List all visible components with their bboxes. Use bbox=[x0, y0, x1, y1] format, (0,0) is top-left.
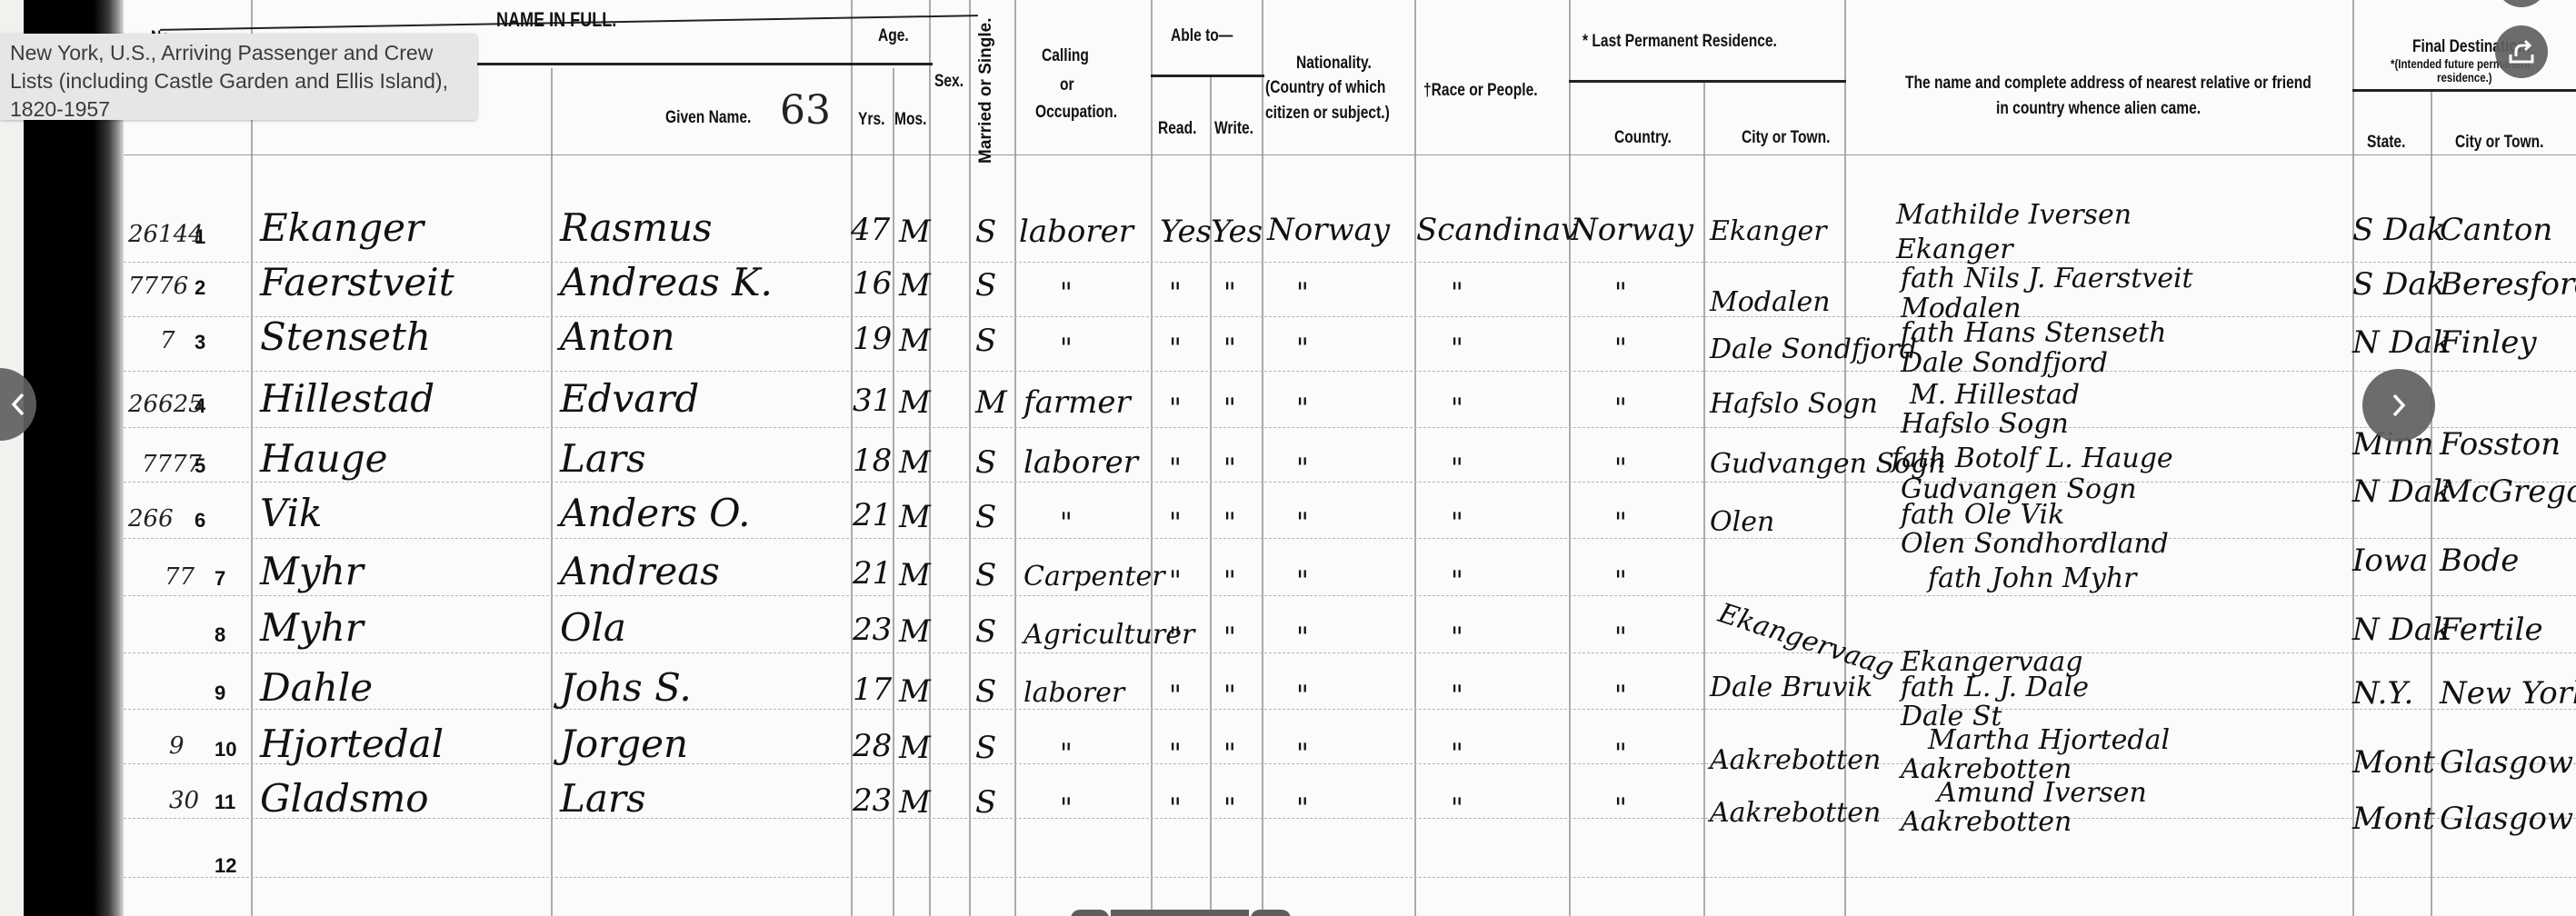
margin-note: 266 bbox=[128, 505, 174, 533]
marital-status: S bbox=[975, 732, 996, 763]
relative-address: Olen Sondhordland bbox=[1901, 531, 2169, 558]
row-line bbox=[124, 371, 2576, 372]
nationality: " bbox=[1296, 565, 1309, 597]
dest-city: Bode bbox=[2440, 545, 2519, 576]
header-or: or bbox=[1060, 75, 1074, 96]
row-line bbox=[124, 818, 2576, 819]
write: " bbox=[1223, 393, 1236, 424]
row-number: 4 bbox=[195, 394, 205, 418]
write: " bbox=[1223, 622, 1236, 653]
occupation: laborer bbox=[1023, 680, 1124, 707]
given-name: Anton bbox=[560, 318, 675, 356]
dest-city: Fosston bbox=[2440, 429, 2561, 460]
dest-city: McGregor bbox=[2440, 476, 2576, 507]
write: " bbox=[1223, 453, 1236, 484]
nationality: " bbox=[1296, 393, 1309, 424]
marital-status: S bbox=[975, 616, 996, 647]
city: Aakrebotten bbox=[1710, 800, 1881, 827]
dest-state: Iowa bbox=[2352, 545, 2428, 576]
country: " bbox=[1614, 680, 1627, 712]
margin-note: 30 bbox=[169, 787, 199, 814]
surname: Myhr bbox=[260, 553, 364, 591]
occupation: farmer bbox=[1023, 387, 1131, 418]
microfilm-edge bbox=[24, 0, 124, 916]
row-number: 2 bbox=[195, 276, 205, 300]
header-relative-1: The name and complete address of nearest… bbox=[1905, 73, 2311, 95]
write: " bbox=[1223, 565, 1236, 597]
row-number: 7 bbox=[215, 567, 225, 591]
header-able-to: Able to— bbox=[1171, 25, 1233, 47]
nationality: " bbox=[1296, 622, 1309, 653]
read: " bbox=[1169, 277, 1182, 309]
header-age: Age. bbox=[878, 25, 909, 47]
sex: M bbox=[899, 447, 931, 478]
dest-city: Glasgow bbox=[2440, 803, 2573, 834]
header-state: State. bbox=[2367, 132, 2405, 154]
race: " bbox=[1451, 565, 1463, 597]
dest-state: N Dak bbox=[2352, 614, 2451, 645]
header-occupation: Occupation. bbox=[1035, 102, 1117, 124]
header-final-dest-sub2: residence.) bbox=[2437, 70, 2492, 86]
col-divider bbox=[1210, 76, 1212, 916]
sex: M bbox=[899, 787, 931, 818]
given-name: Lars bbox=[560, 440, 646, 478]
sex: M bbox=[899, 216, 931, 247]
surname: Stenseth bbox=[260, 318, 431, 356]
age: 47 bbox=[851, 214, 890, 245]
given-name: Jorgen bbox=[560, 725, 688, 763]
age: 31 bbox=[853, 385, 892, 416]
given-name: Edvard bbox=[560, 380, 699, 418]
given-name: Andreas bbox=[560, 553, 720, 591]
dest-city: Beresford bbox=[2440, 269, 2576, 300]
occupation: Carpenter bbox=[1023, 563, 1165, 591]
occupation: " bbox=[1060, 277, 1073, 309]
header-write: Write. bbox=[1214, 118, 1253, 140]
margin-note: 26625 bbox=[128, 391, 204, 418]
margin-note: 9 bbox=[169, 732, 185, 760]
nationality: " bbox=[1296, 792, 1309, 824]
next-image-button[interactable] bbox=[2362, 369, 2435, 442]
nationality: " bbox=[1296, 333, 1309, 364]
header-rule bbox=[124, 154, 2576, 155]
occupation: " bbox=[1060, 333, 1073, 364]
col-divider bbox=[1569, 0, 1571, 916]
age: 28 bbox=[853, 731, 892, 762]
write: " bbox=[1223, 792, 1236, 824]
country: " bbox=[1614, 333, 1627, 364]
header-read: Read. bbox=[1158, 118, 1196, 140]
given-name: Andreas K. bbox=[560, 264, 773, 302]
sex: M bbox=[899, 676, 931, 707]
write: " bbox=[1223, 507, 1236, 539]
nationality: " bbox=[1296, 680, 1309, 712]
age: 17 bbox=[853, 674, 892, 705]
share-button[interactable] bbox=[2495, 25, 2548, 78]
marital-status: S bbox=[975, 216, 996, 247]
marital-status: S bbox=[975, 676, 996, 707]
margin-note: 7777 bbox=[142, 451, 202, 478]
row-line bbox=[124, 427, 2576, 428]
sex: M bbox=[899, 270, 931, 301]
occupation: laborer bbox=[1019, 216, 1133, 247]
header-rule bbox=[1569, 80, 1846, 83]
header-nationality: Nationality. bbox=[1296, 53, 1372, 75]
dest-state: S Dak bbox=[2352, 214, 2445, 245]
marital-status: S bbox=[975, 560, 996, 591]
row-line bbox=[124, 538, 2576, 539]
dest-state: Mont bbox=[2352, 803, 2435, 834]
marital-status: S bbox=[975, 502, 996, 533]
relative-name: fath Hans Stenseth bbox=[1901, 320, 2166, 347]
col-divider bbox=[1151, 0, 1153, 916]
margin-note: 77 bbox=[165, 563, 195, 591]
age: 23 bbox=[853, 614, 892, 645]
margin-note: 26144 bbox=[128, 221, 204, 248]
read: " bbox=[1169, 393, 1182, 424]
col-divider bbox=[1703, 82, 1705, 916]
nationality: " bbox=[1296, 507, 1309, 539]
read: " bbox=[1169, 680, 1182, 712]
race: " bbox=[1451, 277, 1463, 309]
col-divider bbox=[1414, 0, 1416, 916]
occupation: laborer bbox=[1023, 447, 1138, 478]
race: " bbox=[1451, 333, 1463, 364]
city: Dale Sondfjord bbox=[1710, 336, 1917, 363]
relative-address: Aakrebotten bbox=[1901, 809, 2072, 836]
marital-status: S bbox=[975, 787, 996, 818]
city: Hafslo Sogn bbox=[1710, 391, 1878, 418]
header-relative-2: in country whence alien came. bbox=[1996, 98, 2201, 120]
header-yrs: Yrs. bbox=[858, 109, 884, 131]
relative-address: Hafslo Sogn bbox=[1901, 411, 2069, 438]
age: 18 bbox=[853, 445, 892, 476]
relative-address: Ekanger bbox=[1896, 236, 2013, 264]
surname: Dahle bbox=[260, 669, 373, 707]
marital-status: M bbox=[975, 387, 1007, 418]
relative-name: fath L. J. Dale bbox=[1901, 674, 2089, 702]
dest-city: New York bbox=[2440, 678, 2576, 709]
row-line bbox=[124, 595, 2576, 596]
row-number: 10 bbox=[215, 738, 236, 762]
read: " bbox=[1169, 738, 1182, 770]
city: Aakrebotten bbox=[1710, 747, 1881, 774]
country: " bbox=[1614, 792, 1627, 824]
surname: Hauge bbox=[260, 440, 387, 478]
marital-status: S bbox=[975, 270, 996, 301]
surname: Gladsmo bbox=[260, 780, 429, 818]
header-sex: Sex. bbox=[934, 71, 964, 93]
age: 21 bbox=[853, 558, 892, 589]
header-nationality-sub2: citizen or subject.) bbox=[1265, 103, 1390, 124]
age: 21 bbox=[853, 500, 892, 531]
bottom-toolbar-button[interactable] bbox=[1071, 910, 1109, 916]
chevron-left-icon bbox=[8, 391, 28, 418]
nationality: " bbox=[1296, 277, 1309, 309]
city: Dale Bruvik bbox=[1710, 674, 1872, 702]
country: Norway bbox=[1571, 214, 1693, 245]
marital-status: S bbox=[975, 447, 996, 478]
col-divider bbox=[1014, 0, 1016, 916]
row-number: 3 bbox=[195, 331, 205, 354]
header-country: Country. bbox=[1614, 127, 1672, 149]
dest-state: N.Y. bbox=[2352, 678, 2413, 709]
col-divider bbox=[969, 0, 971, 916]
relative-name: fath Nils J. Faerstveit bbox=[1901, 265, 2193, 293]
read: " bbox=[1169, 565, 1182, 597]
surname: Myhr bbox=[260, 609, 364, 647]
sex: M bbox=[899, 616, 931, 647]
given-name: Anders O. bbox=[560, 494, 750, 533]
image-viewer[interactable]: No. NAME IN FULL. Given Name. 63 Age. Yr… bbox=[0, 0, 2576, 916]
dest-state: S Dak bbox=[2352, 269, 2445, 300]
col-divider bbox=[1262, 0, 1263, 916]
bottom-toolbar-button[interactable] bbox=[1111, 910, 1249, 916]
given-name: Rasmus bbox=[560, 209, 713, 247]
city: Ekangervaag bbox=[1715, 600, 1897, 682]
marital-status: S bbox=[975, 325, 996, 356]
read: " bbox=[1169, 507, 1182, 539]
given-name: Johs S. bbox=[560, 669, 692, 707]
city: Modalen bbox=[1710, 289, 1831, 316]
row-number: 11 bbox=[215, 791, 235, 814]
surname: Hillestad bbox=[260, 380, 434, 418]
city: Olen bbox=[1710, 509, 1774, 536]
row-line bbox=[124, 316, 2576, 317]
share-icon bbox=[2506, 36, 2537, 67]
margin-note: 7 bbox=[160, 327, 175, 354]
row-line bbox=[124, 482, 2576, 483]
occupation: " bbox=[1060, 738, 1073, 770]
dest-city: Finley bbox=[2440, 327, 2537, 358]
page-stamp: 63 bbox=[780, 87, 831, 134]
age: 19 bbox=[853, 324, 892, 354]
race: " bbox=[1451, 393, 1463, 424]
margin-note: 7776 bbox=[128, 273, 188, 300]
header-rule bbox=[1151, 75, 1264, 77]
header-rule bbox=[2352, 89, 2576, 92]
col-divider bbox=[251, 0, 253, 916]
given-name: Ola bbox=[560, 609, 626, 647]
col-divider bbox=[893, 68, 894, 916]
row-number: 12 bbox=[215, 854, 236, 878]
header-mos: Mos. bbox=[894, 109, 926, 131]
dest-city: Fertile bbox=[2440, 614, 2543, 645]
row-number: 6 bbox=[195, 509, 205, 533]
sex: M bbox=[899, 502, 931, 533]
race: " bbox=[1451, 453, 1463, 484]
nationality: " bbox=[1296, 453, 1309, 484]
country: " bbox=[1614, 277, 1627, 309]
row-line bbox=[124, 652, 2576, 653]
row-number: 1 bbox=[195, 225, 205, 249]
country: " bbox=[1614, 453, 1627, 484]
write: " bbox=[1223, 277, 1236, 309]
header-nationality-sub1: (Country of which bbox=[1265, 77, 1385, 99]
country: " bbox=[1614, 393, 1627, 424]
read: " bbox=[1169, 453, 1182, 484]
race: " bbox=[1451, 680, 1463, 712]
age: 16 bbox=[853, 268, 892, 299]
row-number: 5 bbox=[195, 454, 205, 478]
header-city-town: City or Town. bbox=[1742, 127, 1831, 149]
dest-city: Canton bbox=[2440, 214, 2552, 245]
sex: M bbox=[899, 325, 931, 356]
collection-title-tooltip: New York, U.S., Arriving Passenger and C… bbox=[0, 34, 477, 120]
country: " bbox=[1614, 507, 1627, 539]
nationality: " bbox=[1296, 738, 1309, 770]
header-given-name: Given Name. bbox=[665, 107, 751, 129]
relative-name: fath John Myhr bbox=[1928, 565, 2137, 592]
occupation: " bbox=[1060, 792, 1073, 824]
occupation: " bbox=[1060, 507, 1073, 539]
dest-state: N Dak bbox=[2352, 476, 2451, 507]
relative-name: fath Ole Vik bbox=[1901, 502, 2064, 529]
relative-address: Dale Sondfjord bbox=[1901, 350, 2108, 377]
race: " bbox=[1451, 507, 1463, 539]
write: " bbox=[1223, 738, 1236, 770]
dest-state: N Dak bbox=[2352, 327, 2451, 358]
dest-city: Glasgow bbox=[2440, 747, 2573, 778]
sex: M bbox=[899, 732, 931, 763]
surname: Vik bbox=[260, 494, 322, 533]
manifest-page[interactable]: No. NAME IN FULL. Given Name. 63 Age. Yr… bbox=[124, 0, 2576, 916]
surname: Hjortedal bbox=[260, 725, 444, 763]
dest-state: Mont bbox=[2352, 747, 2435, 778]
header-name-in-full: NAME IN FULL. bbox=[496, 7, 616, 33]
row-number: 8 bbox=[215, 623, 225, 647]
relative-name: Martha Hjortedal bbox=[1928, 727, 2170, 754]
write: Yes bbox=[1211, 216, 1263, 247]
header-last-residence: * Last Permanent Residence. bbox=[1583, 31, 1777, 53]
read: Yes bbox=[1160, 216, 1212, 247]
header-race: †Race or People. bbox=[1423, 80, 1538, 102]
sex: M bbox=[899, 387, 931, 418]
row-line bbox=[124, 877, 2576, 878]
relative-name: Amund Iversen bbox=[1937, 780, 2147, 807]
bottom-toolbar-button[interactable] bbox=[1251, 910, 1291, 916]
city: Ekanger bbox=[1710, 218, 1827, 245]
header-calling: Calling bbox=[1042, 45, 1089, 67]
country: " bbox=[1614, 565, 1627, 597]
header-dest-city: City or Town. bbox=[2455, 132, 2544, 154]
chevron-right-icon bbox=[2389, 392, 2409, 419]
race: " bbox=[1451, 738, 1463, 770]
read: " bbox=[1169, 622, 1182, 653]
row-line bbox=[124, 709, 2576, 710]
surname: Faerstveit bbox=[260, 264, 454, 302]
write: " bbox=[1223, 680, 1236, 712]
relative-name: M. Hillestad bbox=[1910, 382, 2080, 409]
surname: Ekanger bbox=[260, 209, 424, 247]
relative-name: fath Botolf L. Hauge bbox=[1892, 445, 2173, 473]
country: " bbox=[1614, 622, 1627, 653]
age: 23 bbox=[853, 785, 892, 816]
sex: M bbox=[899, 560, 931, 591]
given-name: Lars bbox=[560, 780, 646, 818]
relative-name: Mathilde Iversen bbox=[1896, 202, 2132, 229]
race: " bbox=[1451, 792, 1463, 824]
read: " bbox=[1169, 792, 1182, 824]
col-divider bbox=[551, 68, 553, 916]
country: " bbox=[1614, 738, 1627, 770]
row-line bbox=[124, 262, 2576, 263]
read: " bbox=[1169, 333, 1182, 364]
nationality: Norway bbox=[1267, 214, 1390, 245]
race: Scandinav bbox=[1416, 214, 1579, 245]
row-number: 9 bbox=[215, 682, 225, 705]
write: " bbox=[1223, 333, 1236, 364]
row-line bbox=[124, 763, 2576, 764]
race: " bbox=[1451, 622, 1463, 653]
header-married-single: Married or Single. bbox=[975, 18, 997, 164]
